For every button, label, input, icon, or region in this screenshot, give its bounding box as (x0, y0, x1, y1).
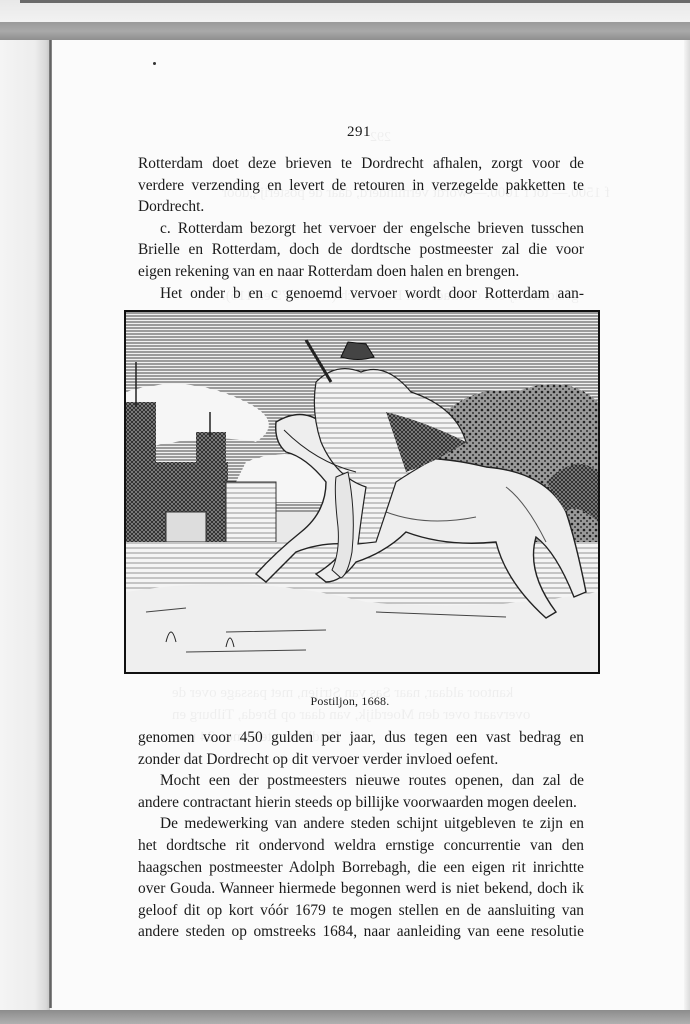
text-line: c. Rotterdam bezorgt het vervoer der eng… (138, 218, 584, 240)
figure-caption: Postiljon, 1668. (0, 694, 690, 709)
engraving-illustration (126, 312, 598, 672)
text-line: geloof dit op kort vóór 1679 te mogen st… (138, 900, 584, 922)
text-line: Mocht een der postmeesters nieuwe routes… (138, 770, 584, 792)
caption-text: Postiljon, 1668. (311, 694, 390, 708)
text-line: zonder dat Dordrecht op dit vervoer verd… (138, 749, 584, 771)
facing-page-edge (0, 40, 50, 1010)
text-line: Het onder b en c genoemd vervoer wordt d… (138, 283, 584, 305)
text-line: Brielle en Rotterdam, doch de dordtsche … (138, 239, 584, 261)
text-line: over Gouda. Wanneer hiermede begonnen we… (138, 878, 584, 900)
book-top-edge (0, 22, 690, 40)
postilion-engraving (124, 310, 600, 674)
paragraph: Het onder b en c genoemd vervoer wordt d… (138, 283, 584, 305)
paragraph: De medewerking van andere steden schijnt… (138, 813, 584, 943)
text-line: andere contractant hierin steeds op bill… (138, 792, 584, 814)
show-through-text: overvaart over den Moerdijk, van daar op… (172, 707, 530, 724)
text-line: het dordtsche rit ondervond weldra ernst… (138, 835, 584, 857)
show-through-page-number: 292 (370, 130, 391, 146)
text-line: genomen voor 450 gulden per jaar, dus te… (138, 727, 584, 749)
page-right-edge (684, 40, 690, 1010)
text-line: eigen rekening van en naar Rotterdam doe… (138, 261, 584, 283)
text-line: verdere verzending en levert de retouren… (138, 175, 584, 197)
text-line: Dordrecht. (138, 196, 584, 218)
text-block-top: Rotterdam doet deze brieven te Dordrecht… (138, 153, 584, 304)
text-line: Rotterdam doet deze brieven te Dordrecht… (138, 153, 584, 175)
ink-speck (153, 62, 156, 65)
book-bottom-edge (0, 1010, 690, 1024)
page-number: 291 (347, 124, 371, 141)
paragraph: c. Rotterdam bezorgt het vervoer der eng… (138, 218, 584, 283)
paragraph: Mocht een der postmeesters nieuwe routes… (138, 770, 584, 813)
text-block-bottom: genomen voor 450 gulden per jaar, dus te… (138, 727, 584, 943)
paragraph: Rotterdam doet deze brieven te Dordrecht… (138, 153, 584, 218)
text-line: haagschen postmeester Adolph Borrebagh, … (138, 857, 584, 879)
paragraph: genomen voor 450 gulden per jaar, dus te… (138, 727, 584, 770)
text-line: De medewerking van andere steden schijnt… (138, 813, 584, 835)
text-line: andere steden op omstreeks 1684, naar aa… (138, 921, 584, 943)
